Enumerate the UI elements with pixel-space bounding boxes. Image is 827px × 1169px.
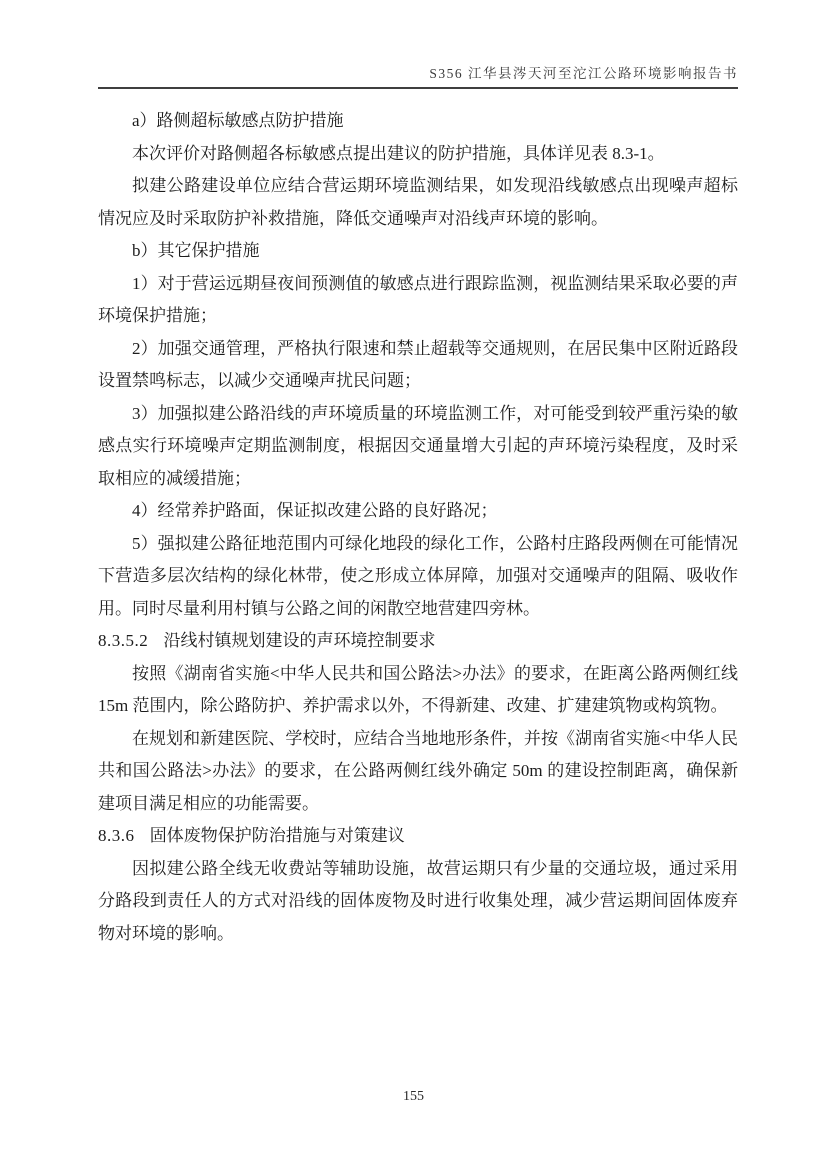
header-rule (98, 87, 738, 89)
section-number: 8.3.5.2 (98, 631, 148, 650)
paragraph-item-2-traffic-management: 2）加强交通管理，严格执行限速和禁止超载等交通规则，在居民集中区附近路段设置禁鸣… (98, 333, 738, 398)
paragraph-redline-15m: 按照《湖南省实施<中华人民共和国公路法>办法》的要求，在距离公路两侧红线 15m… (98, 658, 738, 723)
page-header: S356 江华县涔天河至沱江公路环境影响报告书 (98, 62, 738, 82)
paragraph-item-1-tracking: 1）对于营运远期昼夜间预测值的敏感点进行跟踪监测，视监测结果采取必要的声环境保护… (98, 268, 738, 333)
paragraph-item-4-road-maintenance: 4）经常养护路面，保证拟改建公路的良好路况； (98, 495, 738, 528)
paragraph-solid-waste: 因拟建公路全线无收费站等辅助设施，故营运期只有少量的交通垃圾，通过采用分路段到责… (98, 853, 738, 951)
document-body: a）路侧超标敏感点防护措施 本次评价对路侧超各标敏感点提出建议的防护措施，具体详… (98, 105, 738, 950)
section-number: 8.3.6 (98, 826, 135, 845)
section-heading-8-3-6: 8.3.6固体废物保护防治措施与对策建议 (98, 820, 738, 853)
document-page: S356 江华县涔天河至沱江公路环境影响报告书 a）路侧超标敏感点防护措施 本次… (0, 0, 827, 1169)
section-title: 固体废物保护防治措施与对策建议 (150, 826, 405, 845)
paragraph-control-distance-50m: 在规划和新建医院、学校时，应结合当地地形条件，并按《湖南省实施<中华人民共和国公… (98, 723, 738, 821)
paragraph-item-5-greening: 5）强拟建公路征地范围内可绿化地段的绿化工作，公路村庄路段两侧在可能情况下营造多… (98, 528, 738, 626)
paragraph-monitoring-remedy: 拟建公路建设单位应结合营运期环境监测结果，如发现沿线敏感点出现噪声超标情况应及时… (98, 170, 738, 235)
paragraph-a-measures: a）路侧超标敏感点防护措施 (98, 105, 738, 138)
paragraph-evaluation-table: 本次评价对路侧超各标敏感点提出建议的防护措施，具体详见表 8.3-1。 (98, 138, 738, 171)
paragraph-b-other-measures: b）其它保护措施 (98, 235, 738, 268)
page-number: 155 (403, 1089, 424, 1104)
header-title: S356 江华县涔天河至沱江公路环境影响报告书 (429, 66, 738, 81)
section-title: 沿线村镇规划建设的声环境控制要求 (164, 631, 436, 650)
page-footer: 155 (0, 1089, 827, 1105)
paragraph-item-3-noise-monitoring: 3）加强拟建公路沿线的声环境质量的环境监测工作，对可能受到较严重污染的敏感点实行… (98, 398, 738, 496)
section-heading-8-3-5-2: 8.3.5.2沿线村镇规划建设的声环境控制要求 (98, 625, 738, 658)
